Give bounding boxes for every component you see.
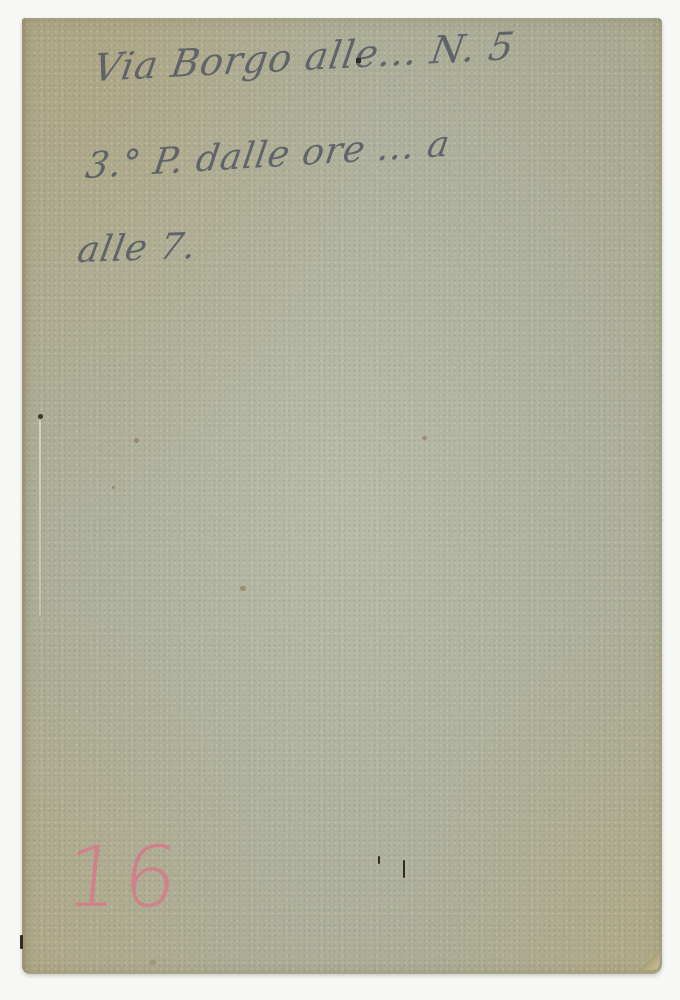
red-pencil-number: 16 bbox=[61, 828, 186, 926]
ink-dot bbox=[356, 58, 361, 63]
corner-fold bbox=[642, 954, 660, 970]
foxing-spot bbox=[240, 586, 246, 591]
foxing-spot bbox=[150, 960, 156, 965]
binding-thread bbox=[39, 420, 41, 616]
handwritten-line-3: alle 7. bbox=[74, 226, 200, 271]
ink-mark bbox=[403, 860, 405, 878]
spine-edge bbox=[22, 18, 30, 974]
spine-mark bbox=[20, 935, 23, 949]
foxing-spot bbox=[112, 486, 115, 489]
stitch-hole bbox=[38, 414, 43, 419]
ink-mark bbox=[378, 856, 380, 864]
foxing-spot bbox=[422, 436, 427, 440]
foxing-spot bbox=[134, 438, 139, 443]
booklet-cover: Via Borgo alle... N. 5 3.° P. dalle ore … bbox=[22, 18, 662, 974]
